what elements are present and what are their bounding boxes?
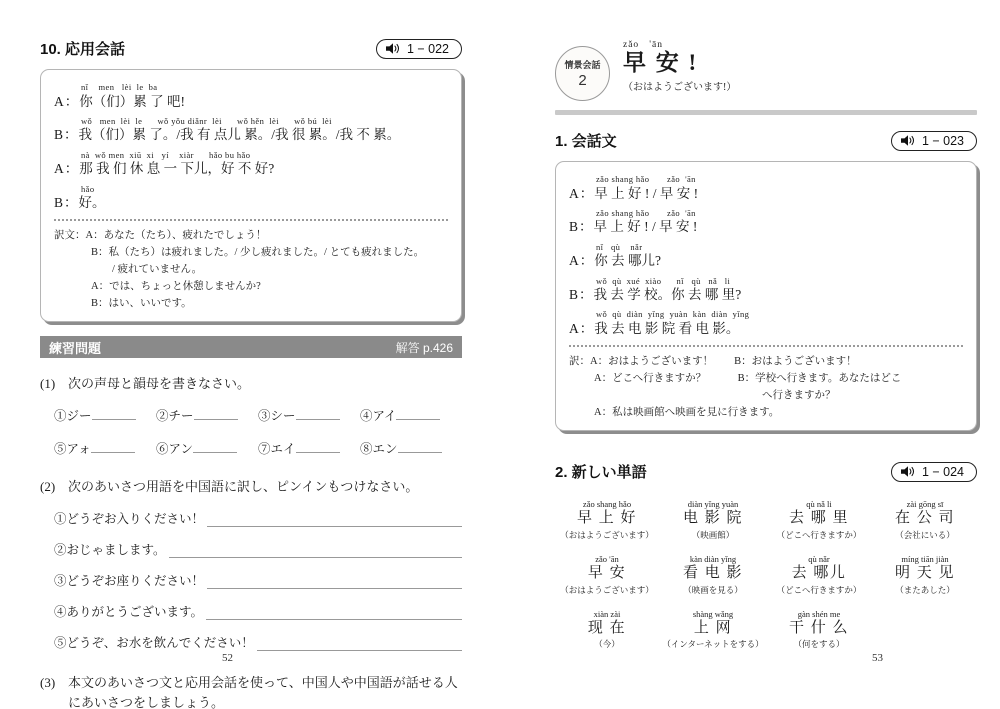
question-number: (2) <box>40 477 68 497</box>
dialogue-line: hǎo B：好。 <box>54 184 448 213</box>
translation-line: A：どこへ行きますか？ B：学校へ行きます。あなたはどこ <box>569 370 963 387</box>
vocab-gloss: （何をする） <box>767 638 871 650</box>
exercise-header-bar: 練習問題 解答 p.426 <box>40 336 462 358</box>
speaker-label: B： <box>569 287 594 302</box>
speaker-label: A： <box>54 161 79 176</box>
hanzi-text: 我 去 电 影 院 看 电 影。 <box>594 321 739 336</box>
vocab-hanzi: 早 安 <box>555 564 659 583</box>
question-2: (2) 次のあいさつ用語を中国語に訳し、ピンインもつけなさい。 <box>40 477 462 497</box>
hanzi-text: 你（们）累 了 吧! <box>79 94 185 109</box>
q1-item-label: ①ジー <box>54 409 92 423</box>
pinyin-text: nǐ men lèi le ba <box>54 82 448 93</box>
answer-blank <box>296 440 340 453</box>
q2-item-label: ③どうぞお座りください！ <box>54 571 204 589</box>
dialogue-box: nǐ men lèi le ba A：你（们）累 了 吧! wǒ men lèi… <box>40 69 462 322</box>
q1-item-label: ⑥アン <box>156 442 193 456</box>
vocab-pinyin: zǎo shang hǎo <box>555 499 659 509</box>
q1-item-label: ③シー <box>258 409 296 423</box>
audio-track-label: 1 − 023 <box>922 134 964 148</box>
answer-blank <box>92 407 136 420</box>
answer-blank <box>91 440 135 453</box>
translation-label: 訳文： <box>54 227 86 244</box>
q2-item-label: ①どうぞお入りください！ <box>54 509 204 527</box>
q1-item-label: ⑦エイ <box>258 442 296 456</box>
answer-page-ref: 解答 p.426 <box>396 339 453 356</box>
vocab-gloss: （おはようございます） <box>555 584 659 596</box>
title-gloss: （おはようございます!） <box>623 78 736 93</box>
translation-line: B：はい、いいです。 <box>54 295 448 312</box>
dotted-divider <box>54 219 448 221</box>
dialogue-line: nǐ qù nǎr A：你 去 哪儿? <box>569 242 963 271</box>
vocab-entry: xiàn zài 现 在 （今） <box>555 609 659 651</box>
vocab-pinyin: qù nǎr <box>767 554 871 564</box>
translation-block: 訳： A：おはようございます！ B：おはようございます！ A：どこへ行きますか？… <box>569 353 963 421</box>
vocab-hanzi: 去 哪儿 <box>767 564 871 583</box>
question-2-item: ①どうぞお入りください！ <box>40 509 462 527</box>
speaker-icon <box>386 43 400 54</box>
lesson-header: 情景会話 2 zǎo 'ān 早 安 ! （おはようございます!） <box>555 38 977 101</box>
question-2-item: ③どうぞお座りください！ <box>40 571 462 589</box>
answer-blank <box>206 606 462 620</box>
translation-line: A：おはようございます！ B：おはようございます！ <box>590 353 857 370</box>
dialogue-line: zǎo shang hǎo zǎo 'ān B：早 上 好 ! / 早 安 ! <box>569 208 963 237</box>
section-head-applied-dialogue: 10. 応用会話 1 − 022 <box>40 38 462 59</box>
vocab-pinyin: qù nǎ li <box>767 499 871 509</box>
vocab-gloss: （今） <box>555 638 659 650</box>
pinyin-text: zǎo shang hǎo zǎo 'ān <box>569 208 963 219</box>
audio-track-pill: 1 − 024 <box>891 462 977 482</box>
vocab-gloss: （またあした） <box>873 584 977 596</box>
vocab-hanzi: 干 什 么 <box>767 619 871 638</box>
speaker-label: B： <box>569 219 594 234</box>
pinyin-text: zǎo shang hǎo zǎo 'ān <box>569 174 963 185</box>
question-2-item: ⑤どうぞ、お水を飲んでください！ <box>40 633 462 651</box>
badge-number: 2 <box>578 72 586 89</box>
audio-track-label: 1 − 022 <box>407 42 449 56</box>
speaker-label: A： <box>54 94 79 109</box>
lesson-title-block: zǎo 'ān 早 安 ! （おはようございます!） <box>623 38 736 93</box>
q1-item-label: ⑤アォ <box>54 442 91 456</box>
translation-line: B：私（たち）は疲れました。/ 少し疲れました。/ とても疲れました。 <box>54 244 448 261</box>
scene-dialogue-badge: 情景会話 2 <box>555 46 610 101</box>
answer-blank <box>398 440 442 453</box>
answer-blank <box>193 440 237 453</box>
speaker-label: A： <box>569 186 594 201</box>
question-2-item: ②おじゃまします。 <box>40 540 462 558</box>
translation-line: A：あなた（たち）、疲れたでしょう！ <box>86 227 267 244</box>
vocab-gloss: （インターネットをする） <box>661 638 765 650</box>
vocab-hanzi: 电 影 院 <box>661 509 765 528</box>
section-title: 1. 会話文 <box>555 130 617 151</box>
vocab-pinyin: zǎo 'ān <box>555 554 659 564</box>
question-1-items: ①ジー ②チー ③シー ④アイ ⑤アォ ⑥アン ⑦エイ ⑧エン <box>54 406 462 457</box>
vocab-entry: zài gōng sī 在 公 司 （会社にいる） <box>873 499 977 541</box>
q2-item-label: ②おじゃまします。 <box>54 540 166 558</box>
vocab-hanzi: 明 天 见 <box>873 564 977 583</box>
answer-blank <box>396 407 440 420</box>
pinyin-text: nǐ qù nǎr <box>569 242 963 253</box>
page-left: 10. 応用会話 1 − 022 nǐ men lèi le ba A：你（们）… <box>40 38 462 709</box>
vocab-pinyin: gàn shén me <box>767 609 871 619</box>
translation-line: へ行きますか？ <box>569 387 963 404</box>
speaker-label: B： <box>54 127 79 142</box>
section-title: 2. 新しい単語 <box>555 461 647 482</box>
translation-block: 訳文： A：あなた（たち）、疲れたでしょう！ B：私（たち）は疲れました。/ 少… <box>54 227 448 312</box>
answer-blank <box>257 637 462 651</box>
q1-item-label: ⑧エン <box>360 442 398 456</box>
vocab-entry: gàn shén me 干 什 么 （何をする） <box>767 609 871 651</box>
question-number: (3) <box>40 673 68 709</box>
dialogue-line: nà wǒ men xiū xi yí xiàr hǎo bu hǎo A：那 … <box>54 150 448 179</box>
speaker-icon <box>901 135 915 146</box>
vocab-hanzi: 在 公 司 <box>873 509 977 528</box>
vocab-grid: zǎo shang hǎo 早 上 好 （おはようございます） diàn yǐn… <box>555 499 977 650</box>
dialogue-line: zǎo shang hǎo zǎo 'ān A：早 上 好 ! / 早 安 ! <box>569 174 963 203</box>
vocab-pinyin: diàn yǐng yuàn <box>661 499 765 509</box>
question-3: (3) 本文のあいさつ文と応用会話を使って、中国人や中国語が話せる人にあいさつを… <box>40 673 462 709</box>
vocab-gloss: （映画を見る） <box>661 584 765 596</box>
dialogue-box: zǎo shang hǎo zǎo 'ān A：早 上 好 ! / 早 安 ! … <box>555 161 977 431</box>
question-text: 次の声母と韻母を書きなさい。 <box>68 374 250 394</box>
translation-line: A：では、ちょっと休憩しませんか? <box>54 278 448 295</box>
q1-item-label: ②チー <box>156 409 194 423</box>
answer-blank <box>296 407 340 420</box>
vocab-hanzi: 看 电 影 <box>661 564 765 583</box>
vocab-entry: shàng wǎng 上 网 （インターネットをする） <box>661 609 765 651</box>
q2-item-label: ④ありがとうございます。 <box>54 602 203 620</box>
header-divider-bar <box>555 110 977 115</box>
vocab-entry: míng tiān jiàn 明 天 见 （またあした） <box>873 554 977 596</box>
vocab-pinyin: míng tiān jiàn <box>873 554 977 564</box>
answer-blank <box>194 407 238 420</box>
vocab-hanzi: 上 网 <box>661 619 765 638</box>
q1-item-label: ④アイ <box>360 409 396 423</box>
hanzi-text: 早 上 好 ! / 早 安 ! <box>594 219 698 234</box>
dotted-divider <box>569 345 963 347</box>
vocab-pinyin: kàn diàn yǐng <box>661 554 765 564</box>
audio-track-pill: 1 − 022 <box>376 39 462 59</box>
question-text: 本文のあいさつ文と応用会話を使って、中国人や中国語が話せる人にあいさつをしましょ… <box>68 673 462 709</box>
textbook-spread: 10. 応用会話 1 − 022 nǐ men lèi le ba A：你（们）… <box>0 0 1000 709</box>
vocab-pinyin: xiàn zài <box>555 609 659 619</box>
speaker-label: B： <box>54 195 79 210</box>
speaker-icon <box>901 466 915 477</box>
vocab-entry: kàn diàn yǐng 看 电 影 （映画を見る） <box>661 554 765 596</box>
translation-line: / 疲れていません。 <box>54 261 448 278</box>
vocab-entry: qù nǎr 去 哪儿 （どこへ行きますか） <box>767 554 871 596</box>
pinyin-text: wǒ men lèi le wǒ yǒu diǎnr lèi wǒ hěn lè… <box>54 116 448 127</box>
answer-blank <box>207 575 462 589</box>
section-head-dialogue: 1. 会話文 1 − 023 <box>555 130 977 151</box>
vocab-gloss: （会社にいる） <box>873 529 977 541</box>
vocab-gloss: （どこへ行きますか） <box>767 584 871 596</box>
hanzi-text: 好。 <box>79 195 106 210</box>
pinyin-text: wǒ qù diàn yǐng yuàn kàn diàn yǐng <box>569 309 963 320</box>
vocab-entry: diàn yǐng yuàn 电 影 院 （映画館） <box>661 499 765 541</box>
vocab-entry: zǎo shang hǎo 早 上 好 （おはようございます） <box>555 499 659 541</box>
question-number: (1) <box>40 374 68 394</box>
vocab-gloss: （どこへ行きますか） <box>767 529 871 541</box>
question-text: 次のあいさつ用語を中国語に訳し、ピンインもつけなさい。 <box>68 477 418 497</box>
translation-label: 訳： <box>569 353 590 370</box>
vocab-pinyin: shàng wǎng <box>661 609 765 619</box>
translation-line: A：私は映画館へ映画を見に行きます。 <box>569 404 963 421</box>
pinyin-text: nà wǒ men xiū xi yí xiàr hǎo bu hǎo <box>54 150 448 161</box>
exercise-title: 練習問題 <box>49 338 101 357</box>
q2-item-label: ⑤どうぞ、お水を飲んでください！ <box>54 633 254 651</box>
hanzi-text: 我 去 学 校。你 去 哪 里? <box>594 287 742 302</box>
question-1: (1) 次の声母と韻母を書きなさい。 <box>40 374 462 394</box>
badge-label: 情景会話 <box>564 58 600 71</box>
hanzi-text: 你 去 哪儿? <box>594 253 661 268</box>
hanzi-text: 那 我 们 休 息 一 下儿，好 不 好? <box>79 161 274 176</box>
pinyin-text: hǎo <box>54 184 448 195</box>
vocab-hanzi: 现 在 <box>555 619 659 638</box>
page-number-left: 52 <box>222 652 233 664</box>
vocab-entry: zǎo 'ān 早 安 （おはようございます） <box>555 554 659 596</box>
audio-track-label: 1 − 024 <box>922 465 964 479</box>
title-hanzi: 早 安 ! <box>623 50 736 76</box>
audio-track-pill: 1 − 023 <box>891 131 977 151</box>
speaker-label: A： <box>569 253 594 268</box>
section-title: 10. 応用会話 <box>40 38 125 59</box>
vocab-gloss: （映画館） <box>661 529 765 541</box>
vocab-gloss: （おはようございます） <box>555 529 659 541</box>
dialogue-line: wǒ qù xué xiào nǐ qù nǎ li B：我 去 学 校。你 去… <box>569 276 963 305</box>
answer-blank <box>207 513 462 527</box>
dialogue-line: nǐ men lèi le ba A：你（们）累 了 吧! <box>54 82 448 111</box>
speaker-label: A： <box>569 321 594 336</box>
vocab-entry: qù nǎ li 去 哪 里 （どこへ行きますか） <box>767 499 871 541</box>
question-2-item: ④ありがとうございます。 <box>40 602 462 620</box>
vocab-hanzi: 去 哪 里 <box>767 509 871 528</box>
title-pinyin: zǎo 'ān <box>623 40 736 50</box>
vocab-pinyin: zài gōng sī <box>873 499 977 509</box>
dialogue-line: wǒ men lèi le wǒ yǒu diǎnr lèi wǒ hěn lè… <box>54 116 448 145</box>
vocab-hanzi: 早 上 好 <box>555 509 659 528</box>
hanzi-text: 我（们）累 了。/我 有 点儿 累。/我 很 累。/我 不 累。 <box>79 127 401 142</box>
hanzi-text: 早 上 好 ! / 早 安 ! <box>594 186 698 201</box>
page-number-right: 53 <box>872 652 883 664</box>
answer-blank <box>169 544 462 558</box>
section-head-new-words: 2. 新しい単語 1 − 024 <box>555 461 977 482</box>
dialogue-line: wǒ qù diàn yǐng yuàn kàn diàn yǐng A：我 去… <box>569 309 963 338</box>
page-right: 情景会話 2 zǎo 'ān 早 安 ! （おはようございます!） 1. 会話文… <box>555 38 977 650</box>
pinyin-text: wǒ qù xué xiào nǐ qù nǎ li <box>569 276 963 287</box>
